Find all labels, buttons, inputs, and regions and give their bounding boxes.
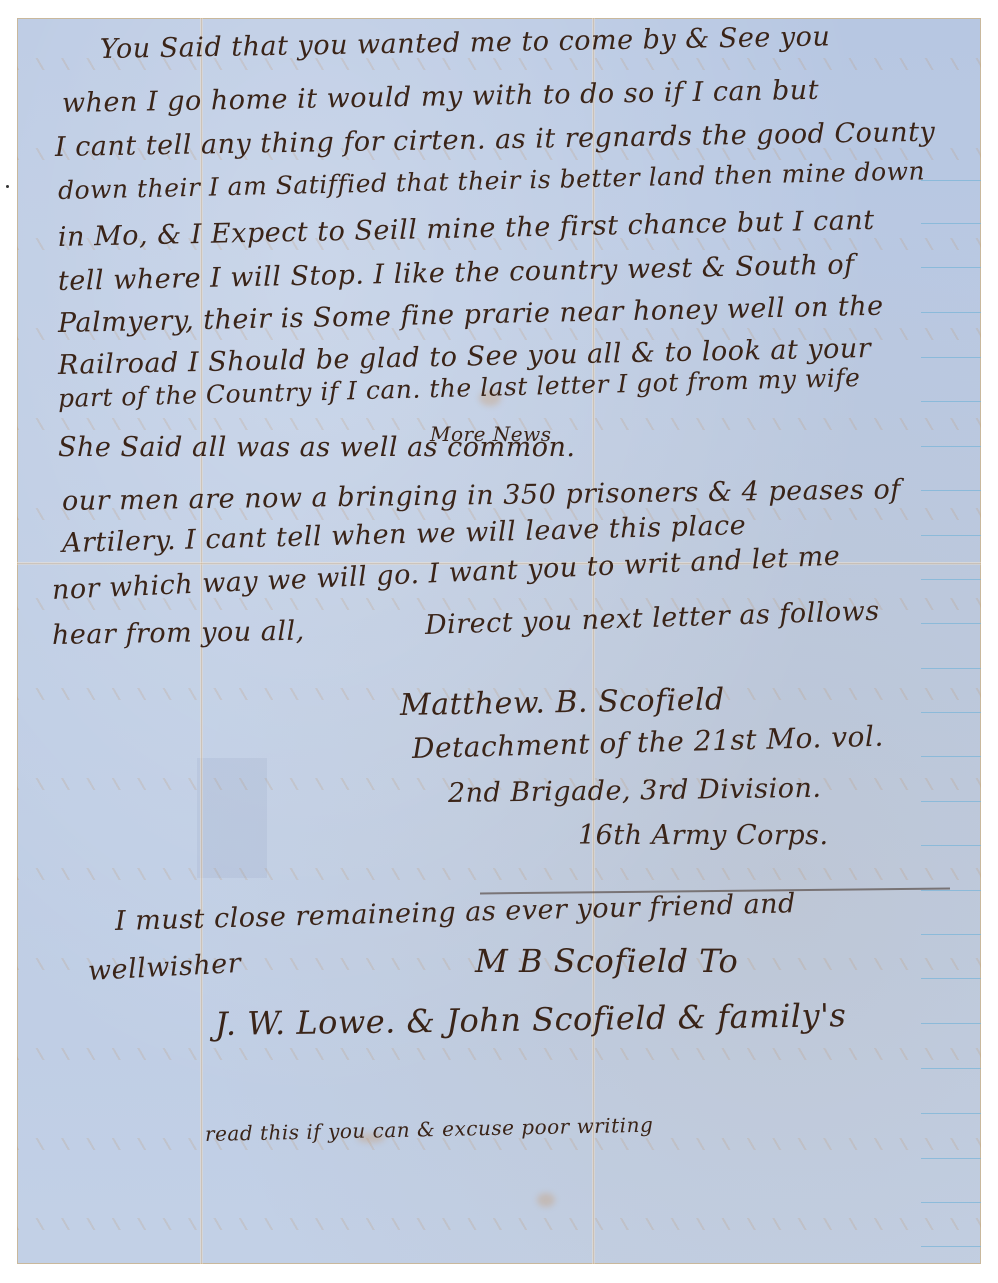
ruled-line (921, 1113, 981, 1114)
ruled-line (921, 446, 981, 447)
ruled-line (921, 180, 981, 181)
speck (6, 185, 9, 188)
ruled-line (921, 756, 981, 757)
ink-bleed-through (17, 868, 981, 880)
ruled-line (921, 1246, 981, 1247)
ruled-line (921, 401, 981, 402)
ink-bleed-through (17, 1218, 981, 1230)
ruled-line (921, 668, 981, 669)
ruled-line (921, 890, 981, 891)
ruled-line (921, 934, 981, 935)
ruled-line (921, 1158, 981, 1159)
ruled-line (921, 357, 981, 358)
paper-discoloration (197, 758, 267, 878)
ruled-line (921, 623, 981, 624)
ruled-line (921, 1068, 981, 1069)
ruled-line (921, 978, 981, 979)
vertical-fold (592, 18, 595, 1264)
ruled-line (921, 712, 981, 713)
ruled-line (921, 845, 981, 846)
ruled-line (921, 312, 981, 313)
ruled-line (921, 267, 981, 268)
ruled-line (921, 801, 981, 802)
ruled-line (921, 223, 981, 224)
address-line: 2nd Brigade, 3rd Division. (448, 773, 822, 809)
ruled-line (921, 579, 981, 580)
annotation-more-news: More News (430, 422, 552, 446)
ink-bleed-through (17, 1048, 981, 1060)
address-name: Matthew. B. Scofield (400, 682, 725, 723)
ruled-line (921, 1023, 981, 1024)
signature: M B Scofield To (475, 942, 738, 980)
letter-line: hear from you all, (52, 616, 305, 651)
stain (537, 1193, 555, 1207)
address-line: 16th Army Corps. (578, 820, 829, 851)
ruled-line (921, 490, 981, 491)
ruled-line (921, 1202, 981, 1203)
ruled-line (921, 535, 981, 536)
